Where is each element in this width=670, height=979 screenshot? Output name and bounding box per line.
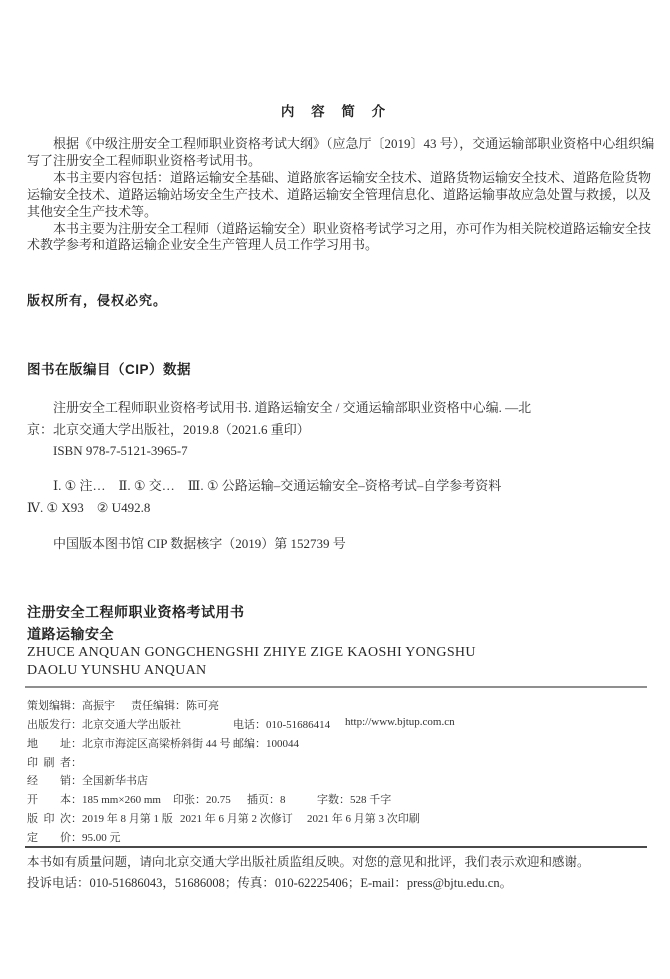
resp-editor: 责任编辑：陈可亮: [131, 697, 219, 713]
colophon-line-publisher: 出版发行：北京交通大学出版社 电话：010-51686414 http://ww…: [27, 716, 649, 735]
postcode: 邮编：100044: [233, 735, 299, 751]
intro-section: 根据《中级注册安全工程师职业资格考试大纲》（应急厅〔2019〕43 号），交通运…: [27, 136, 649, 254]
cip-classification: Ⅰ. ① 注… Ⅱ. ① 交… Ⅲ. ① 公路运输–交通运输安全–资格考试–自学…: [27, 475, 649, 518]
colophon-line-price: 定 价：95.00 元: [27, 829, 649, 848]
printer: 印 刷 者：: [27, 754, 82, 770]
book-format: 开 本：185 mm×260 mm: [27, 791, 161, 807]
intro-line: 本书主要为注册安全工程师（道路运输安全）职业资格考试学习之用，亦可作为相关院校道…: [27, 221, 649, 238]
publisher: 出版发行：北京交通大学出版社: [27, 716, 181, 732]
publisher-website: http://www.bjtup.com.cn: [345, 716, 455, 728]
colophon-line-printer: 印 刷 者：: [27, 754, 649, 773]
intro-line: 运输安全技术、道路运输站场安全生产技术、道路运输安全管理信息化、道路运输事故应急…: [27, 187, 649, 204]
book-title: 道路运输安全: [27, 624, 114, 644]
intro-line: 其他安全生产技术等。: [27, 204, 649, 221]
edition: 版 印 次：2019 年 8 月第 1 版: [27, 810, 173, 826]
printing: 2021 年 6 月第 3 次印刷: [307, 810, 420, 826]
notice-line: 本书如有质量问题，请向北京交通大学出版社质监组反映。对您的意见和批评，我们表示欢…: [27, 852, 649, 873]
cip-record-line: 注册安全工程师职业资格考试用书. 道路运输安全 / 交通运输部职业资格中心编. …: [27, 397, 649, 419]
colophon-line-distributor: 经 销：全国新华书店: [27, 772, 649, 791]
cip-heading: 图书在版编目（CIP）数据: [27, 358, 191, 378]
price: 定 价：95.00 元: [27, 829, 121, 845]
cip-class-line: Ⅰ. ① 注… Ⅱ. ① 交… Ⅲ. ① 公路运输–交通运输安全–资格考试–自学…: [27, 475, 649, 497]
colophon-line-edition: 版 印 次：2019 年 8 月第 1 版 2021 年 6 月第 2 次修订 …: [27, 810, 649, 829]
revision: 2021 年 6 月第 2 次修订: [180, 810, 293, 826]
cip-class-line: Ⅳ. ① X93 ② U492.8: [27, 497, 649, 519]
divider-rule-bottom: [25, 846, 647, 848]
intro-line: 本书主要内容包括：道路运输安全基础、道路旅客运输安全技术、道路货物运输安全技术、…: [27, 170, 649, 187]
insert-pages: 插页：8: [247, 791, 286, 807]
colophon-line-format: 开 本：185 mm×260 mm 印张：20.75 插页：8 字数：528 千…: [27, 791, 649, 810]
intro-line: 写了注册安全工程师职业资格考试用书。: [27, 153, 649, 170]
colophon-line-editors: 策划编辑：高振宇 责任编辑：陈可亮: [27, 697, 649, 716]
intro-line: 术教学参考和道路运输企业安全生产管理人员工作学习用书。: [27, 237, 649, 254]
pinyin-line: ZHUCE ANQUAN GONGCHENGSHI ZHIYE ZIGE KAO…: [27, 645, 476, 661]
publisher-phone: 电话：010-51686414: [233, 716, 330, 732]
intro-line: 根据《中级注册安全工程师职业资格考试大纲》（应急厅〔2019〕43 号），交通运…: [27, 136, 649, 153]
colophon-line-address: 地 址：北京市海淀区高梁桥斜街 44 号 邮编：100044: [27, 735, 649, 754]
cip-record-line: 京：北京交通大学出版社，2019.8（2021.6 重印）: [27, 419, 649, 441]
publisher-address: 地 址：北京市海淀区高梁桥斜街 44 号: [27, 735, 231, 751]
intro-title: 内 容 简 介: [27, 100, 643, 120]
quality-notice: 本书如有质量问题，请向北京交通大学出版社质监组反映。对您的意见和批评，我们表示欢…: [27, 852, 649, 894]
copyright-notice: 版权所有，侵权必究。: [27, 290, 167, 309]
distributor: 经 销：全国新华书店: [27, 772, 148, 788]
colophon: 策划编辑：高振宇 责任编辑：陈可亮 出版发行：北京交通大学出版社 电话：010-…: [27, 697, 649, 848]
divider-rule-top: [25, 686, 647, 688]
series-title: 注册安全工程师职业资格考试用书: [27, 602, 245, 622]
word-count: 字数：528 千字: [317, 791, 391, 807]
cip-record: 注册安全工程师职业资格考试用书. 道路运输安全 / 交通运输部职业资格中心编. …: [27, 397, 649, 462]
printed-sheets: 印张：20.75: [173, 791, 231, 807]
copyright-page: 内 容 简 介 根据《中级注册安全工程师职业资格考试大纲》（应急厅〔2019〕4…: [0, 0, 670, 979]
pinyin-line: DAOLU YUNSHU ANQUAN: [27, 663, 206, 679]
plan-editor: 策划编辑：高振宇: [27, 697, 115, 713]
notice-line complaint-contacts: 投诉电话：010-51686043，51686008；传真：010-622254…: [27, 873, 649, 894]
cip-record-line isbn-line: ISBN 978-7-5121-3965-7: [27, 440, 649, 462]
cip-registry: 中国版本图书馆 CIP 数据核字（2019）第 152739 号: [53, 536, 346, 551]
